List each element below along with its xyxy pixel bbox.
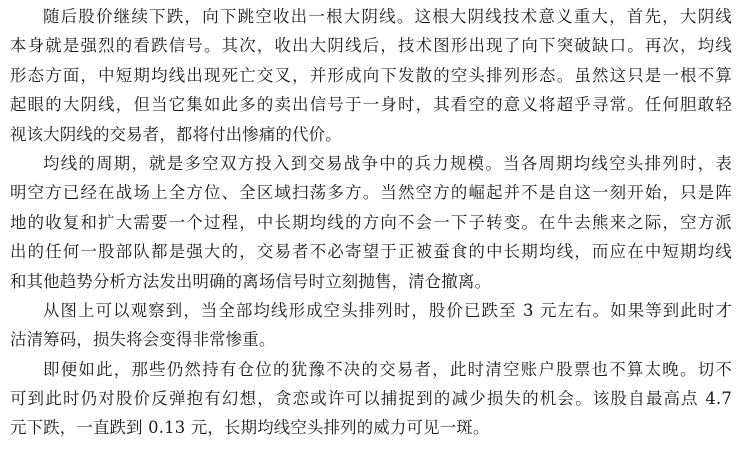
document-page: 随后股价继续下跌，向下跳空收出一根大阴线。这根大阴线技术意义重大，首先，大阴线 …: [0, 0, 738, 470]
paragraph-1: 随后股价继续下跌，向下跳空收出一根大阴线。这根大阴线技术意义重大，首先，大阴线 …: [10, 2, 732, 149]
text-line: 元下跌，一直跌到 0.13 元，长期均线空头排列的威力可见一斑。: [10, 413, 732, 442]
text-line: 即便如此，那些仍然持有仓位的犹豫不决的交易者，此时清空账户股票也不算太晚。切不: [10, 355, 732, 384]
text-line: 形态方面，中短期均线出现死亡交叉，并形成向下发散的空头排列形态。虽然这只是一根不…: [10, 61, 732, 90]
text-line: 随后股价继续下跌，向下跳空收出一根大阴线。这根大阴线技术意义重大，首先，大阴线: [10, 2, 732, 31]
text-line: 从图上可以观察到，当全部均线形成空头排列时，股价已跌至 3 元左右。如果等到此时…: [10, 296, 732, 325]
text-line: 出的任何一股部队都是强大的，交易者不必寄望于正被蚕食的中长期均线，而应在中短期均…: [10, 237, 732, 266]
text-line: 地的收复和扩大需要一个过程，中长期均线的方向不会一下子转变。在牛去熊来之际，空方…: [10, 208, 732, 237]
text-line: 明空方已经在战场上全方位、全区域扫荡多方。当然空方的崛起并不是自这一刻开始，只是…: [10, 178, 732, 207]
paragraph-2: 均线的周期，就是多空双方投入到交易战争中的兵力规模。当各周期均线空头排列时，表 …: [10, 149, 732, 296]
text-line: 视该大阴线的交易者，都将付出惨痛的代价。: [10, 120, 732, 149]
text-line: 沽清筹码，损失将会变得非常惨重。: [10, 325, 732, 354]
text-line: 可到此时仍对股价反弹抱有幻想，贪恋或许可以捕捉到的减少损失的机会。该股自最高点 …: [10, 384, 732, 413]
text-line: 本身就是强烈的看跌信号。其次，收出大阴线后，技术图形出现了向下突破缺口。再次，均…: [10, 31, 732, 60]
paragraph-4: 即便如此，那些仍然持有仓位的犹豫不决的交易者，此时清空账户股票也不算太晚。切不 …: [10, 355, 732, 443]
paragraph-3: 从图上可以观察到，当全部均线形成空头排列时，股价已跌至 3 元左右。如果等到此时…: [10, 296, 732, 355]
text-line: 起眼的大阴线，但当它集如此多的卖出信号于一身时，其看空的意义将超乎寻常。任何胆敢…: [10, 90, 732, 119]
text-line: 均线的周期，就是多空双方投入到交易战争中的兵力规模。当各周期均线空头排列时，表: [10, 149, 732, 178]
text-line: 和其他趋势分析方法发出明确的离场信号时立刻抛售，清仓撤离。: [10, 267, 732, 296]
